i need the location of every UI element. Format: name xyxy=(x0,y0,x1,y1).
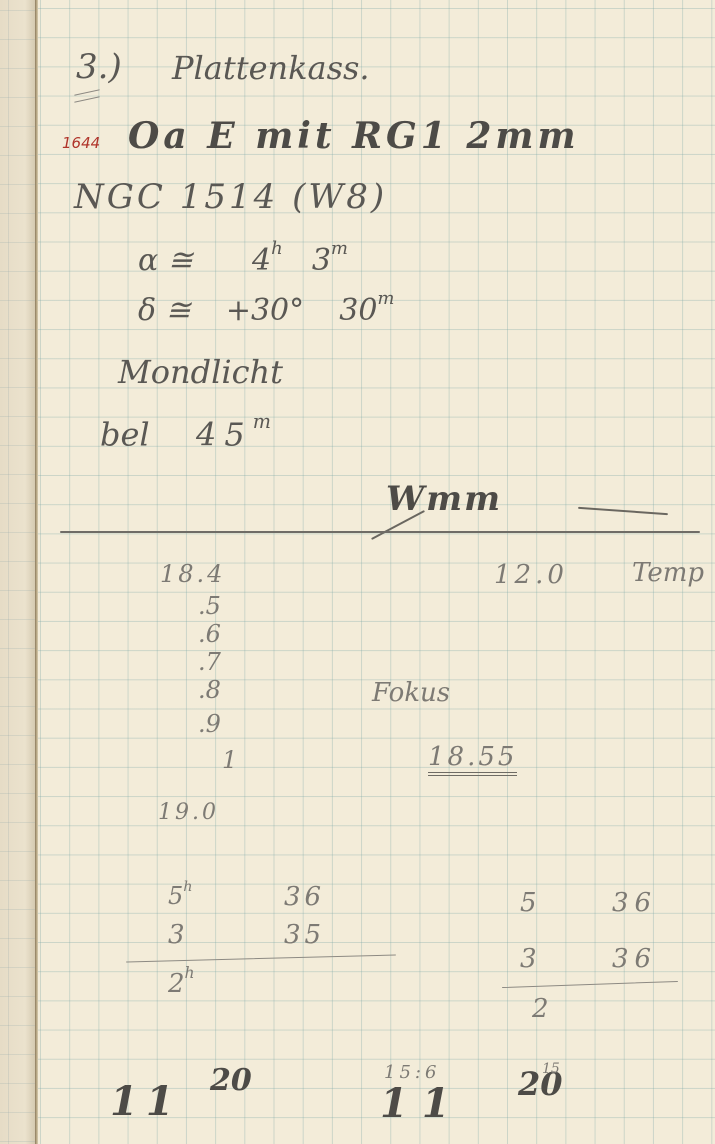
entry-number-underline-1 xyxy=(74,89,100,95)
signature: Wmm xyxy=(386,482,502,516)
focus-value-6: 1 xyxy=(222,748,237,772)
temperature-label: Temp xyxy=(632,560,704,586)
calc-left-row1-h: 5 xyxy=(168,882,183,910)
calc-left-row1-minutes: 36 xyxy=(284,884,325,910)
entry-number-text: 3.) xyxy=(76,47,122,87)
alpha-label: α ≅ xyxy=(138,243,193,278)
calc-left-row1-hours: 5h xyxy=(168,880,193,908)
declination: δ ≅ +30° 30m xyxy=(138,290,395,326)
delta-minutes-unit: m xyxy=(377,288,394,309)
focus-value-2: .6 xyxy=(198,622,221,646)
calc-right-row2-hours: 3 xyxy=(520,946,537,972)
catalog-number: 1644 xyxy=(62,134,100,152)
time-right-superscript-overwrite: 15 xyxy=(542,1062,560,1076)
notebook-page: 3.) Plattenkass. 1644 Oa E mit RG1 2mm N… xyxy=(38,0,715,1144)
calc-left-row2-hours: 3 xyxy=(168,922,185,948)
calc-left-result-h: 2 xyxy=(168,969,185,999)
time-left-main: 11 xyxy=(110,1078,182,1125)
calc-left-result-h-unit: h xyxy=(185,964,195,982)
calc-left-row2-minutes: 35 xyxy=(284,922,325,948)
signature-stroke xyxy=(578,507,668,515)
calc-left-rule xyxy=(126,954,396,962)
entry-number: 3.) xyxy=(76,50,122,84)
exposure-value: 45 xyxy=(196,415,253,453)
section-divider xyxy=(60,531,700,533)
focus-value-3: .7 xyxy=(198,650,221,674)
delta-minutes: 30 xyxy=(339,293,377,328)
time-left: 11 xyxy=(110,1082,182,1122)
focus-value-0: 18.4 xyxy=(160,562,225,586)
calc-right-row1-minutes: 36 xyxy=(612,890,657,916)
exposure-label: bel xyxy=(100,415,150,453)
focus-value-1: .5 xyxy=(198,594,221,618)
calc-right-rule xyxy=(502,981,678,988)
delta-degrees: +30° xyxy=(226,293,304,328)
focus-value-4: .8 xyxy=(198,678,221,702)
alpha-hours: 4 xyxy=(252,243,271,278)
focus-label: Fokus xyxy=(372,680,450,706)
alpha-minutes: 3 xyxy=(312,243,331,278)
focus-value-7: 19.0 xyxy=(158,802,219,824)
entry-title: Plattenkass. xyxy=(172,52,370,84)
calc-left-result: 2h xyxy=(168,966,195,997)
calc-right-row1-hours: 5 xyxy=(520,890,537,916)
alpha-hours-unit: h xyxy=(271,238,283,259)
delta-label: δ ≅ xyxy=(138,293,191,328)
exposure-unit: m xyxy=(253,410,271,433)
calc-right-row2-minutes: 36 xyxy=(612,946,657,972)
focus-value-5: .9 xyxy=(198,712,221,736)
focus-result: 18.55 xyxy=(428,744,517,776)
plate-line-1: Oa E mit RG1 2mm xyxy=(128,118,580,154)
temperature-value: 12.0 xyxy=(494,562,568,588)
left-page-grid xyxy=(0,0,36,1144)
calc-right-result: 2 xyxy=(532,996,549,1022)
alpha-minutes-unit: m xyxy=(331,238,348,259)
calc-left-row1-h-unit: h xyxy=(183,879,192,895)
entry-number-underline-2 xyxy=(74,96,100,102)
time-right: 11 xyxy=(380,1084,464,1124)
moonlight-note: Mondlicht xyxy=(118,356,283,388)
object-line: NGC 1514 (W8) xyxy=(74,180,387,214)
time-left-superscript: 20 xyxy=(210,1066,252,1096)
exposure-line: bel 45m xyxy=(100,412,271,450)
right-ascension: α ≅ 4h 3m xyxy=(138,240,348,276)
